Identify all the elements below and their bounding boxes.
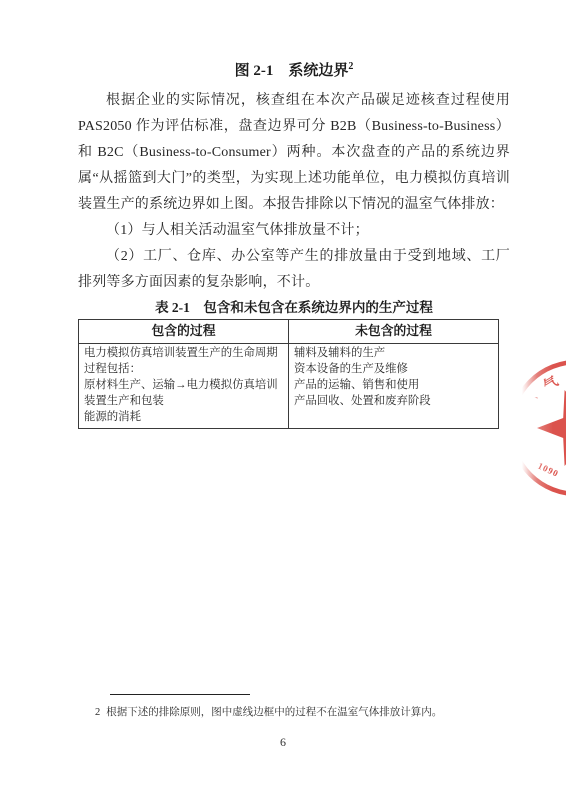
cell-excluded-processes: 辅料及辅料的生产 资本设备的生产及维修 产品的运输、销售和使用 产品回收、处置和… <box>289 344 499 429</box>
included-line: 过程包括： <box>84 361 284 377</box>
header-included-processes: 包含的过程 <box>79 320 289 344</box>
paragraph-system-boundary: 根据企业的实际情况，核查组在本次产品碳足迹核查过程使用 PAS2050 作为评估… <box>78 88 510 218</box>
footnote-marker: 2 <box>95 707 100 718</box>
included-line: 原材料生产、运输→电力模拟仿真培训 <box>84 377 284 393</box>
excluded-line: 资本设备的生产及维修 <box>294 361 494 377</box>
process-table: 包含的过程 未包含的过程 电力模拟仿真培训装置生产的生命周期 过程包括： 原材料… <box>78 319 499 429</box>
paragraph-exclusion-2: （2）工厂、仓库、办公室等产生的排放量由于受到地域、工厂排列等多方面因素的复杂影… <box>78 244 510 296</box>
seal-arc-mark: 、 <box>530 387 543 400</box>
footnote-text: 根据下述的排除原则，图中虚线边框中的过程不在温室气体排放计算内。 <box>106 707 442 718</box>
seal-arc-character: 气 <box>540 372 562 394</box>
footnote-separator <box>110 694 250 695</box>
figure-footnote-ref: 2 <box>348 61 353 72</box>
figure-caption-text: 图 2-1 系统边界 <box>235 63 349 79</box>
included-line: 电力模拟仿真培训装置生产的生命周期 <box>84 345 284 361</box>
document-page: 图 2-1 系统边界2 根据企业的实际情况，核查组在本次产品碳足迹核查过程使用 … <box>0 0 566 800</box>
included-line: 装置生产和包装 <box>84 393 284 409</box>
excluded-line: 产品的运输、销售和使用 <box>294 377 494 393</box>
table-header-row: 包含的过程 未包含的过程 <box>79 320 499 344</box>
included-line: 能源的消耗 <box>84 409 284 425</box>
excluded-line: 辅料及辅料的生产 <box>294 345 494 361</box>
header-excluded-processes: 未包含的过程 <box>289 320 499 344</box>
red-seal-stamp: 气 、 1090 <box>507 358 566 498</box>
cell-included-processes: 电力模拟仿真培训装置生产的生命周期 过程包括： 原材料生产、运输→电力模拟仿真培… <box>79 344 289 429</box>
page-number: 6 <box>0 735 566 750</box>
text-column: 图 2-1 系统边界2 根据企业的实际情况，核查组在本次产品碳足迹核查过程使用 … <box>78 62 510 429</box>
footnote: 2根据下述的排除原则，图中虚线边框中的过程不在温室气体排放计算内。 <box>95 706 515 720</box>
excluded-line: 产品回收、处置和废弃阶段 <box>294 393 494 409</box>
table-caption: 表 2-1 包含和未包含在系统边界内的生产过程 <box>78 299 510 317</box>
seal-serial-number: 1090 <box>536 461 560 479</box>
figure-caption: 图 2-1 系统边界2 <box>78 62 510 81</box>
table-body-row: 电力模拟仿真培训装置生产的生命周期 过程包括： 原材料生产、运输→电力模拟仿真培… <box>79 344 499 429</box>
star-icon <box>537 390 566 466</box>
paragraph-exclusion-1: （1）与人相关活动温室气体排放量不计； <box>78 218 510 244</box>
